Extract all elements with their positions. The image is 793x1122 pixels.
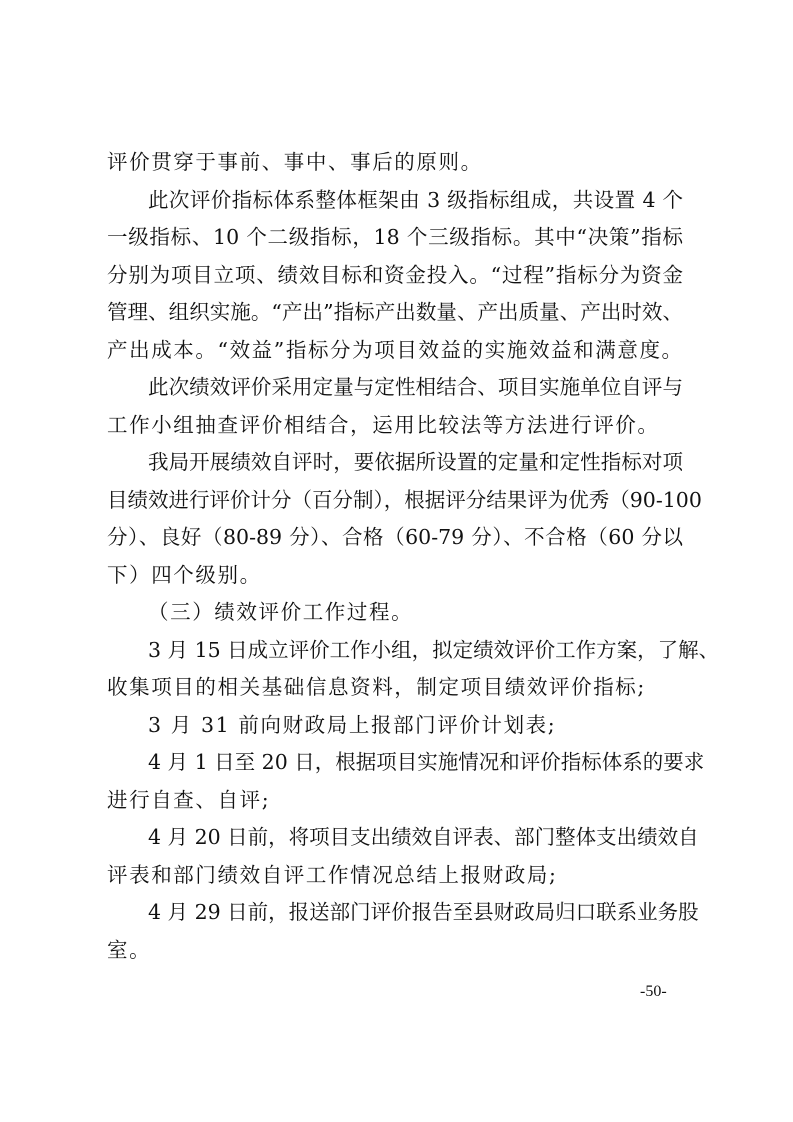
document-page: 评价贯穿于事前、事中、事后的原则。 此次评价指标体系整体框架由 3 级指标组成，… [0, 0, 793, 1122]
text-line: 3 月 15 日成立评价工作小组，拟定绩效评价工作方案，了解、 [107, 632, 683, 670]
text-line: 一级指标、10 个二级指标，18 个三级指标。其中“决策”指标 [107, 219, 683, 257]
text-line: 进行自查、自评; [107, 782, 683, 820]
text-line: 收集项目的相关基础信息资料，制定项目绩效评价指标; [107, 669, 683, 707]
text-line: 管理、组织实施。“产出”指标产出数量、产出质量、产出时效、 [107, 294, 683, 332]
text-line: 目绩效进行评价计分（百分制），根据评分结果评为优秀（90-100 [107, 482, 683, 520]
text-line: 3 月 31 前向财政局上报部门评价计划表; [107, 707, 683, 745]
text-line: 下）四个级别。 [107, 557, 683, 595]
text-line: 产出成本。“效益”指标分为项目效益的实施效益和满意度。 [107, 332, 683, 370]
page-number: -50- [640, 983, 667, 1001]
text-line: 我局开展绩效自评时，要依据所设置的定量和定性指标对项 [107, 444, 683, 482]
text-line: 分）、良好（80-89 分）、合格（60-79 分）、不合格（60 分以 [107, 519, 683, 557]
body-text: 评价贯穿于事前、事中、事后的原则。 此次评价指标体系整体框架由 3 级指标组成，… [107, 144, 683, 969]
text-line: 此次绩效评价采用定量与定性相结合、项目实施单位自评与 [107, 369, 683, 407]
text-line: 工作小组抽查评价相结合，运用比较法等方法进行评价。 [107, 407, 683, 445]
text-line: 4 月 29 日前，报送部门评价报告至县财政局归口联系业务股 [107, 894, 683, 932]
text-line: 此次评价指标体系整体框架由 3 级指标组成，共设置 4 个 [107, 182, 683, 220]
text-line: 评表和部门绩效自评工作情况总结上报财政局; [107, 857, 683, 895]
text-line: 分别为项目立项、绩效目标和资金投入。“过程”指标分为资金 [107, 257, 683, 295]
text-line: 4 月 1 日至 20 日，根据项目实施情况和评价指标体系的要求 [107, 744, 683, 782]
text-line: 评价贯穿于事前、事中、事后的原则。 [107, 144, 683, 182]
text-line: 室。 [107, 932, 683, 970]
text-line: 4 月 20 日前，将项目支出绩效自评表、部门整体支出绩效自 [107, 819, 683, 857]
section-heading: （三）绩效评价工作过程。 [107, 594, 683, 632]
